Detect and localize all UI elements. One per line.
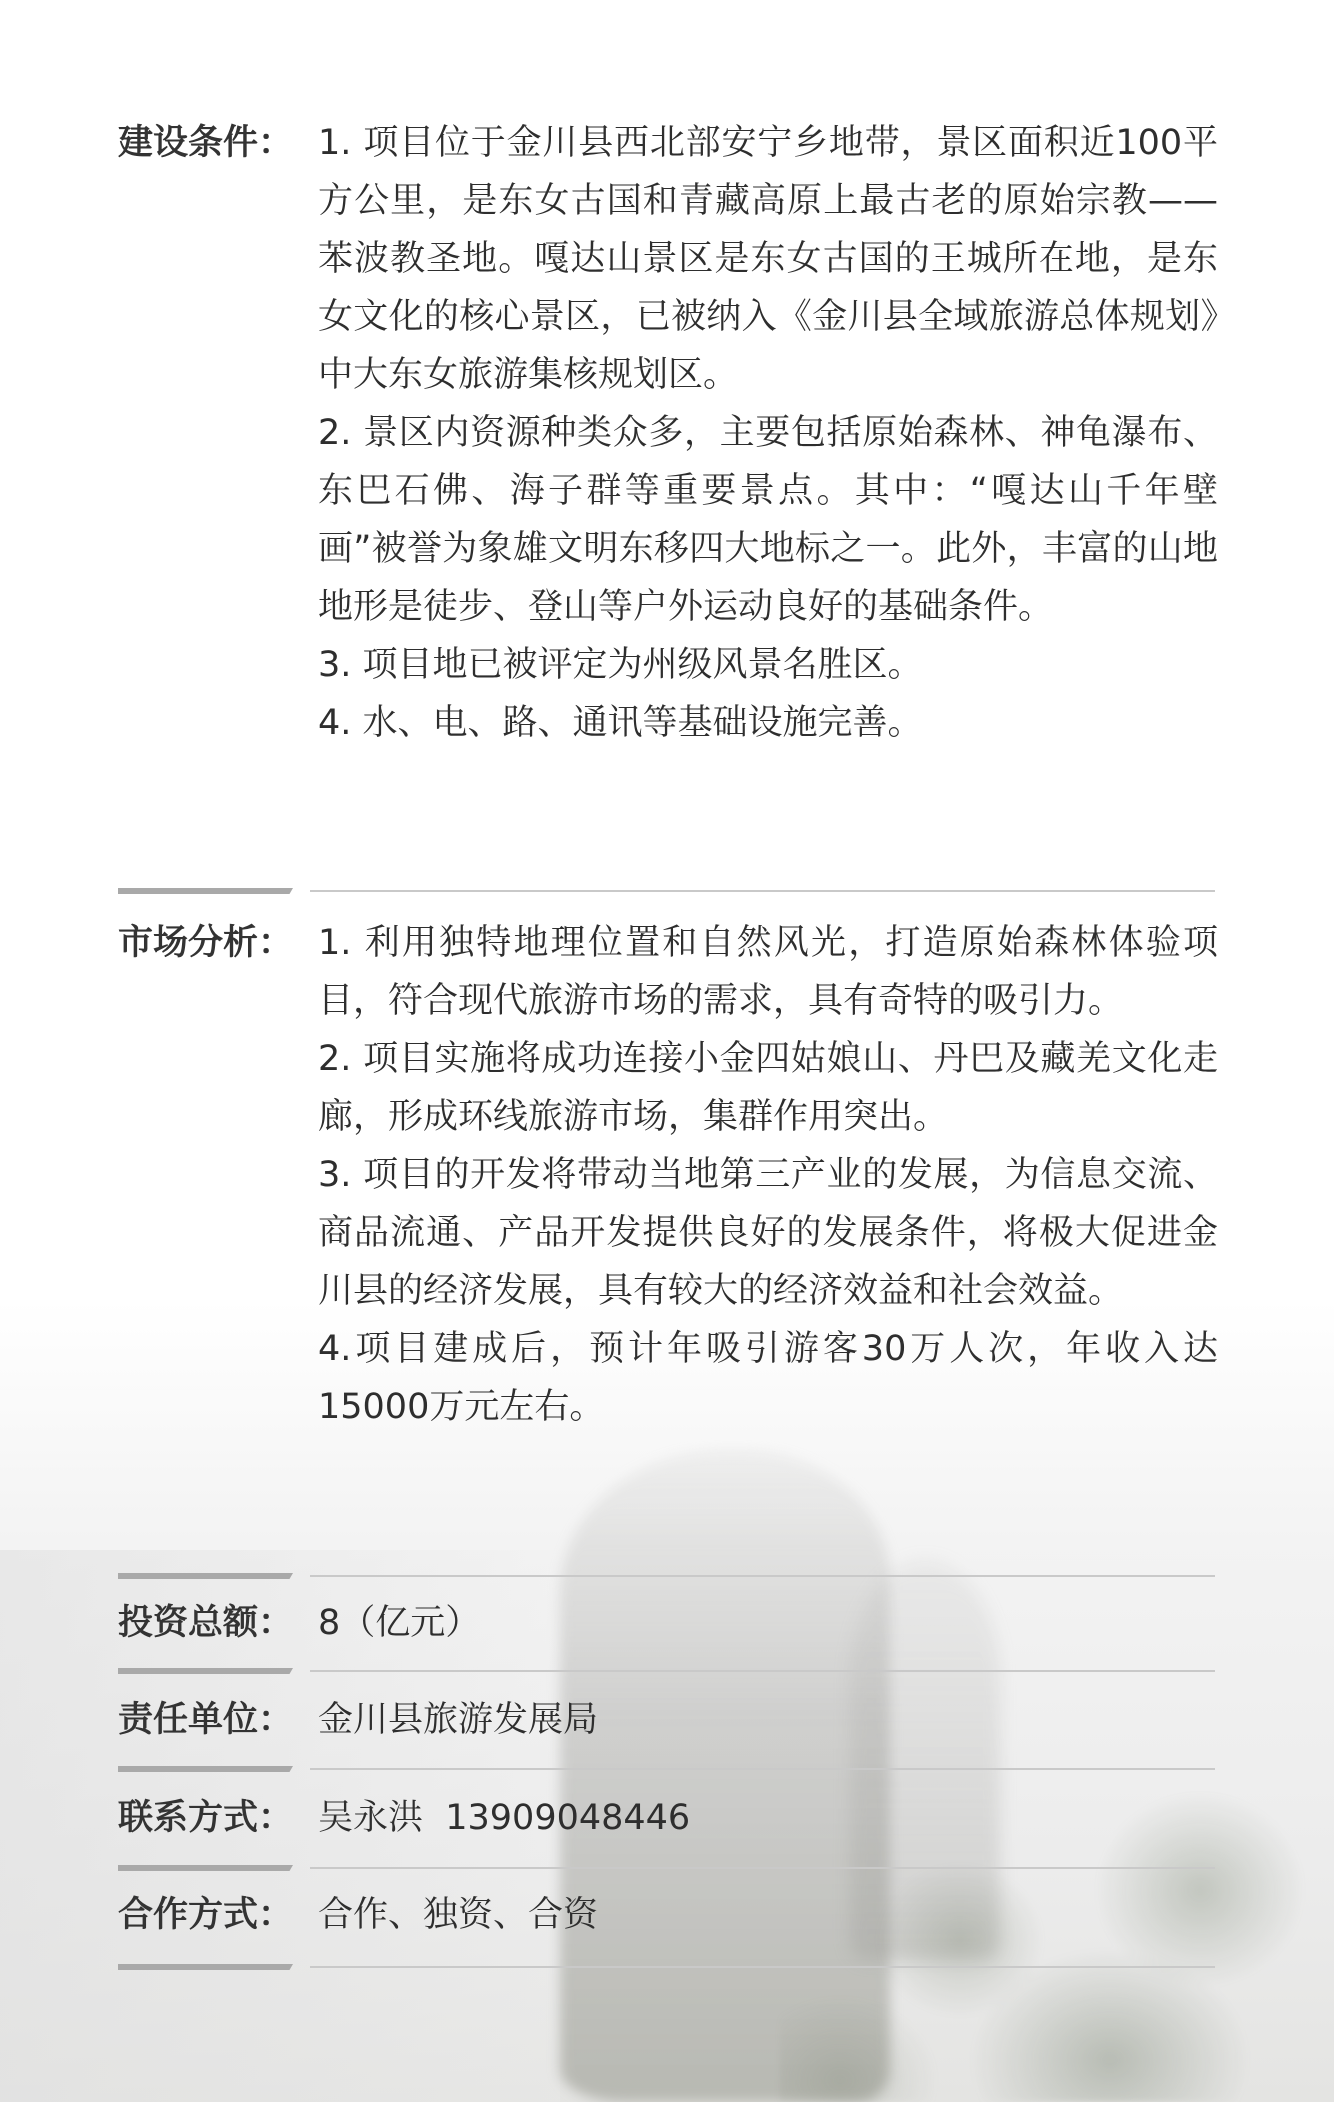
- divider: [118, 1865, 1215, 1872]
- divider-accent-bar: [118, 1573, 293, 1579]
- divider: [118, 1766, 1215, 1773]
- paragraph: 4. 水、电、路、通讯等基础设施完善。: [318, 694, 1218, 752]
- divider: [118, 888, 1215, 895]
- project-info-sheet: 建设条件： 1. 项目位于金川县西北部安宁乡地带，景区面积近100平方公里，是东…: [0, 0, 1334, 2102]
- section-body: 1. 利用独特地理位置和自然风光，打造原始森林体验项目，符合现代旅游市场的需求，…: [318, 914, 1218, 1436]
- divider-line: [310, 890, 1215, 892]
- section-body: 1. 项目位于金川县西北部安宁乡地带，景区面积近100平方公里，是东女古国和青藏…: [318, 114, 1218, 752]
- divider: [118, 1573, 1215, 1580]
- paragraph: 2. 项目实施将成功连接小金四姑娘山、丹巴及藏羌文化走廊，形成环线旅游市场，集群…: [318, 1030, 1218, 1146]
- section-construction-conditions: 建设条件： 1. 项目位于金川县西北部安宁乡地带，景区面积近100平方公里，是东…: [118, 114, 1218, 752]
- field-investment: 投资总额： 8（亿元）: [118, 1594, 1218, 1652]
- divider-accent-bar: [118, 1865, 293, 1871]
- field-label: 联系方式：: [118, 1789, 318, 1847]
- field-label: 责任单位：: [118, 1691, 318, 1749]
- field-value: 合作、独资、合资: [318, 1886, 1218, 1944]
- field-label: 合作方式：: [118, 1886, 318, 1944]
- divider-line: [310, 1670, 1215, 1672]
- section-label: 建设条件：: [118, 114, 318, 172]
- divider: [118, 1964, 1215, 1971]
- paragraph: 4.项目建成后，预计年吸引游客30万人次，年收入达15000万元左右。: [318, 1320, 1218, 1436]
- divider-line: [310, 1966, 1215, 1968]
- field-cooperation: 合作方式： 合作、独资、合资: [118, 1886, 1218, 1944]
- paragraph: 3. 项目的开发将带动当地第三产业的发展，为信息交流、商品流通、产品开发提供良好…: [318, 1146, 1218, 1320]
- divider-accent-bar: [118, 1964, 293, 1970]
- divider-accent-bar: [118, 1766, 293, 1772]
- divider-line: [310, 1575, 1215, 1577]
- field-contact: 联系方式： 吴永洪 13909048446: [118, 1789, 1218, 1847]
- paragraph: 2. 景区内资源种类众多，主要包括原始森林、神龟瀑布、东巴石佛、海子群等重要景点…: [318, 404, 1218, 636]
- field-label: 投资总额：: [118, 1594, 318, 1652]
- divider-accent-bar: [118, 1668, 293, 1674]
- divider-line: [310, 1768, 1215, 1770]
- paragraph: 3. 项目地已被评定为州级风景名胜区。: [318, 636, 1218, 694]
- field-value: 吴永洪 13909048446: [318, 1789, 1218, 1847]
- field-responsible-unit: 责任单位： 金川县旅游发展局: [118, 1691, 1218, 1749]
- field-value: 8（亿元）: [318, 1594, 1218, 1652]
- divider-line: [310, 1867, 1215, 1869]
- divider: [118, 1668, 1215, 1675]
- section-market-analysis: 市场分析： 1. 利用独特地理位置和自然风光，打造原始森林体验项目，符合现代旅游…: [118, 914, 1218, 1436]
- paragraph: 1. 项目位于金川县西北部安宁乡地带，景区面积近100平方公里，是东女古国和青藏…: [318, 114, 1218, 404]
- paragraph: 1. 利用独特地理位置和自然风光，打造原始森林体验项目，符合现代旅游市场的需求，…: [318, 914, 1218, 1030]
- section-label: 市场分析：: [118, 914, 318, 972]
- divider-accent-bar: [118, 888, 293, 894]
- field-value: 金川县旅游发展局: [318, 1691, 1218, 1749]
